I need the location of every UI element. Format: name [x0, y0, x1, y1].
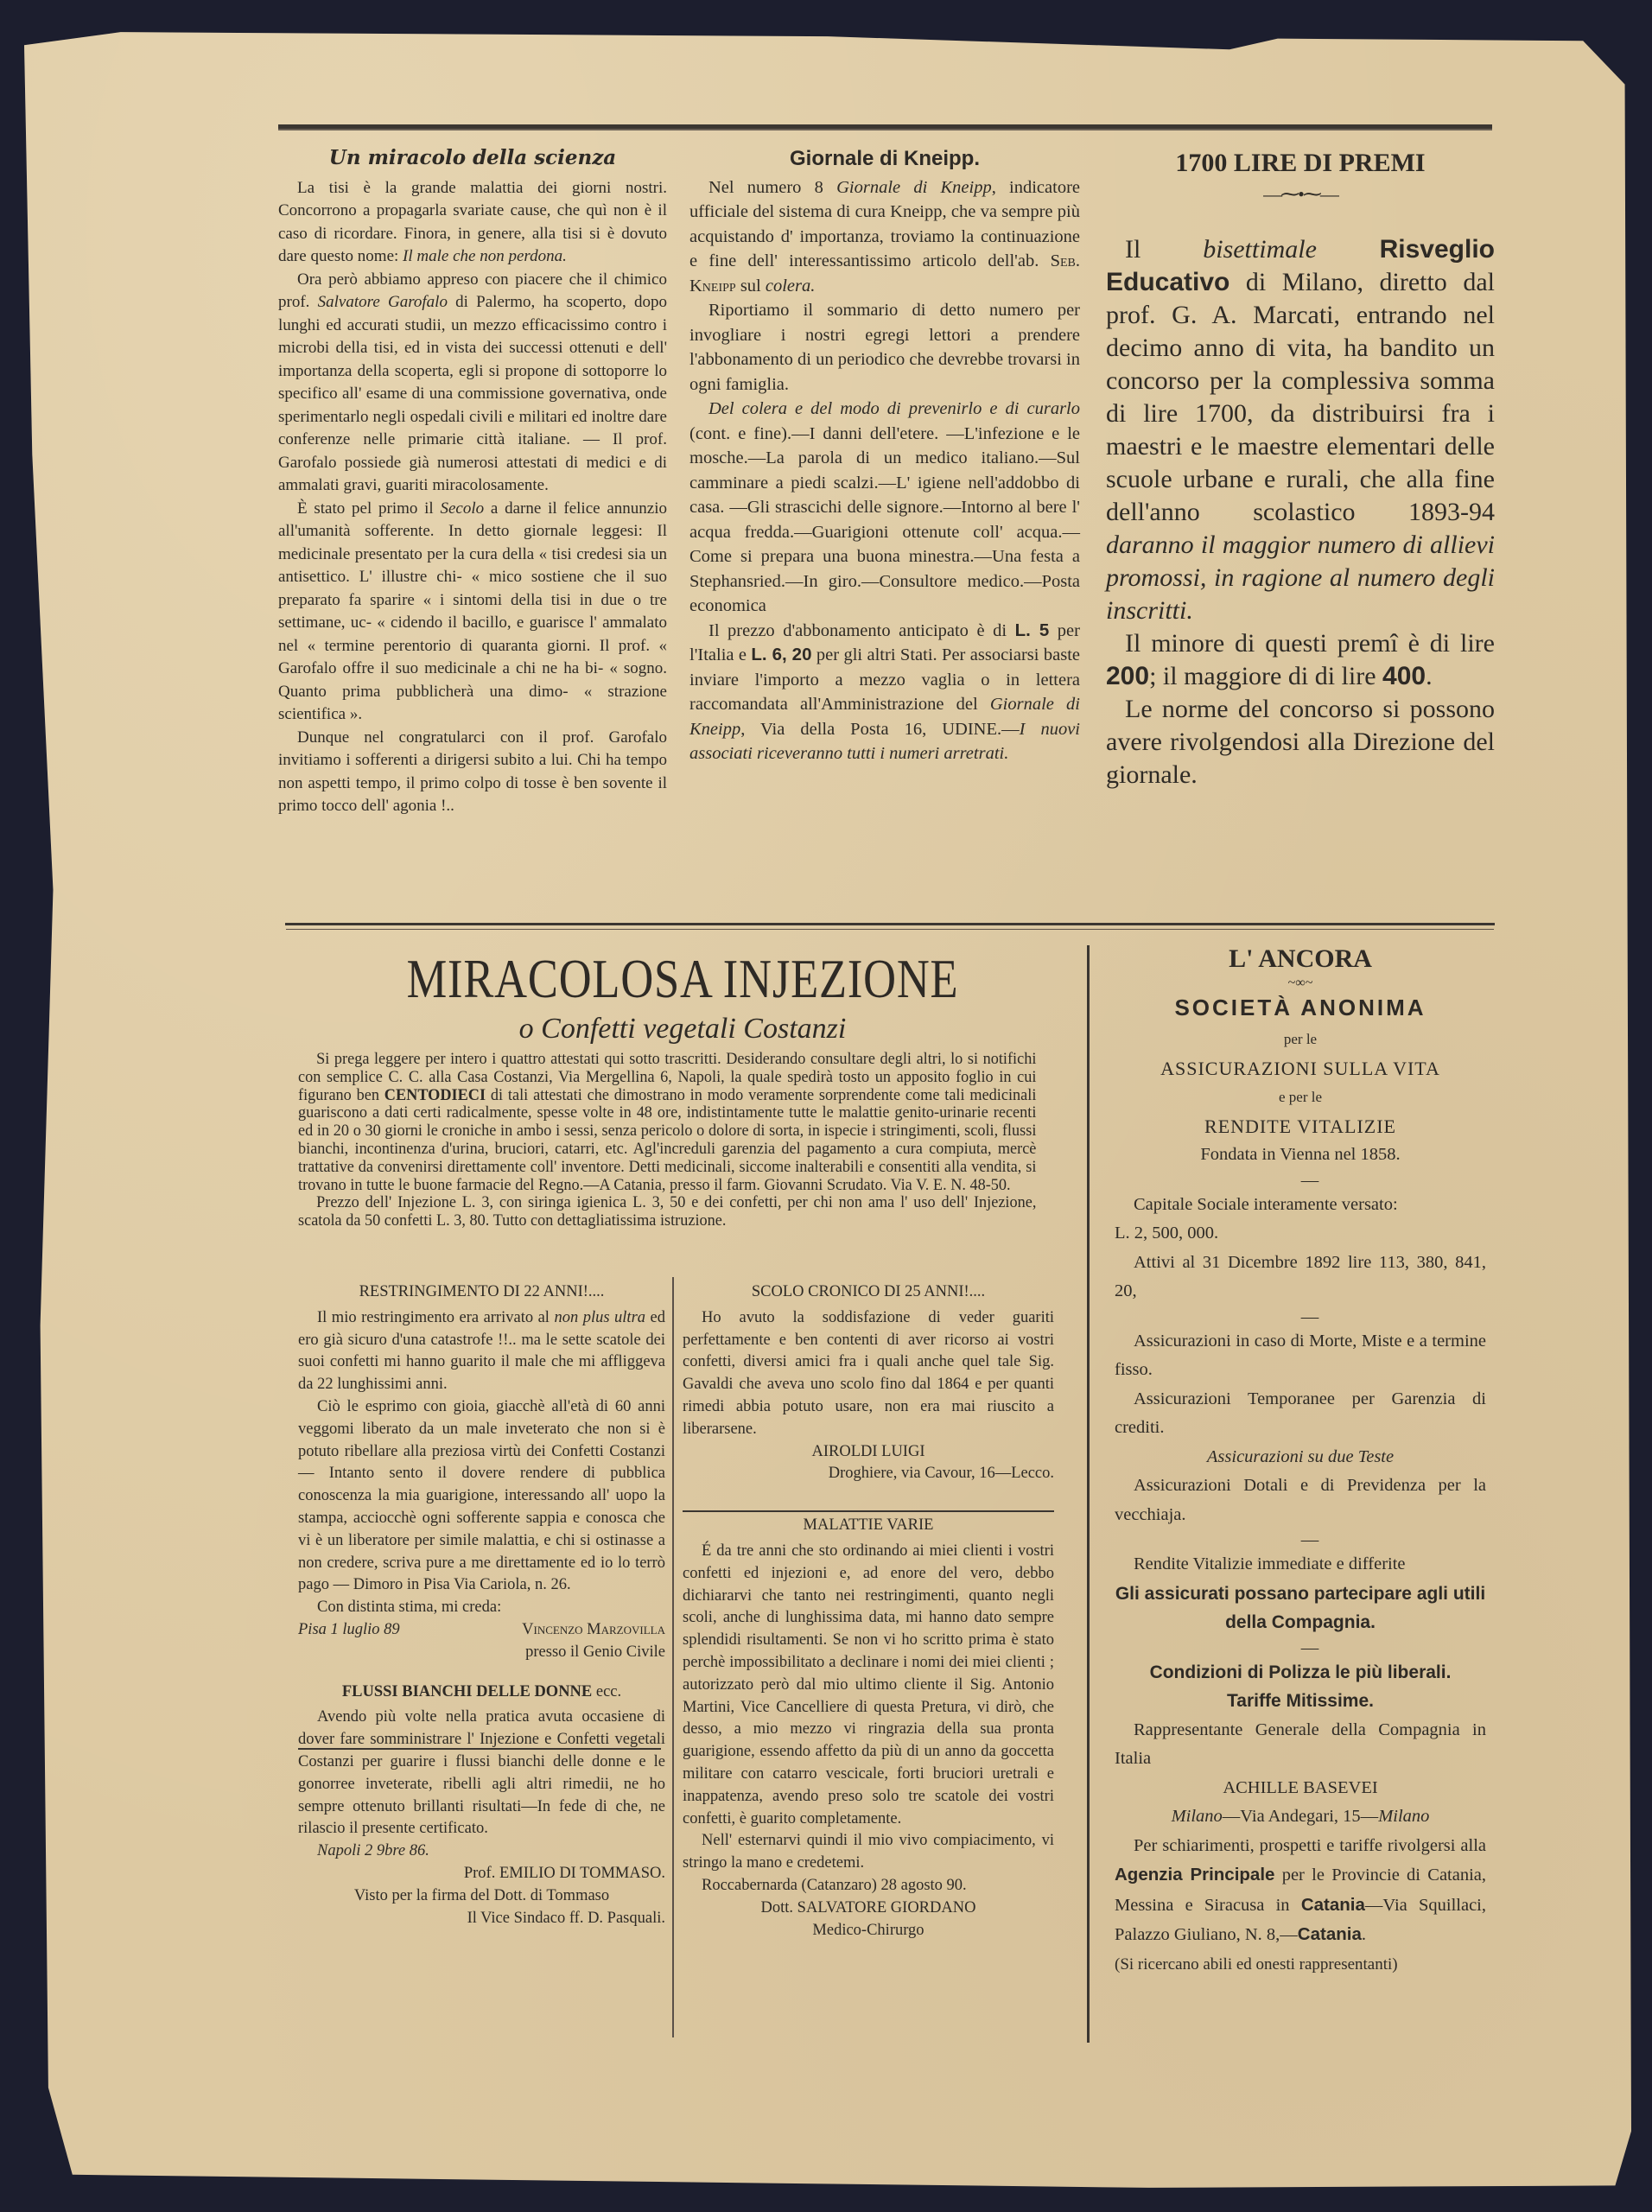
article-giornale-di-kneipp: Giornale di Kneipp. Nel numero 8 Giornal… — [689, 147, 1080, 766]
paragraph: Il minore di questi premî è di lire 200;… — [1106, 627, 1495, 693]
ad-subtitle: o Confetti vegetali Costanzi — [294, 1013, 1071, 1046]
paragraph: Dunque nel congratularci con il prof. Ga… — [278, 727, 667, 818]
company-type: SOCIETÀ ANONIMA — [1115, 990, 1486, 1025]
price-list: Prezzo dell' Injezione L. 3, con siringa… — [298, 1194, 1036, 1230]
article-title: Un miracolo della scienza — [278, 147, 667, 170]
paragraph: Del colera e del modo di prevenirlo e di… — [689, 397, 1080, 619]
paragraph: La tisi è la grande malattia dei giorni … — [278, 177, 667, 269]
testimonial-separator — [298, 1748, 661, 1750]
article-title: 1700 LIRE DI PREMI — [1106, 147, 1495, 180]
column-divider — [672, 1277, 674, 2037]
paragraph: Ora però abbiamo appreso con piacere che… — [278, 269, 667, 498]
testimonial-separator — [683, 1510, 1054, 1512]
paragraph: È stato pel primo il Secolo a darne il f… — [278, 498, 667, 727]
prize-min: 200 — [1106, 662, 1149, 690]
testimonial-heading: FLUSSI BIANCHI DELLE DONNE ecc. — [298, 1681, 665, 1704]
testimonial-heading: MALATTIE VARIE — [683, 1515, 1054, 1537]
price-abroad: L. 6, 20 — [751, 645, 811, 664]
signature-line: Pisa 1 luglio 89Vincenzo Marzovilla — [298, 1619, 665, 1642]
testimonial-heading: SCOLO CRONICO DI 25 ANNI!.... — [683, 1281, 1054, 1304]
testimonial-column-right: SCOLO CRONICO DI 25 ANNI!.... Ho avuto l… — [683, 1281, 1054, 1942]
ornament-divider-icon: —⁓•⁓— — [1106, 185, 1495, 204]
ad-intro: Si prega leggere per intero i quattro at… — [298, 1051, 1036, 1230]
ad-l-ancora: L' ANCORA ~∞~ SOCIETÀ ANONIMA per le ASS… — [1115, 942, 1486, 1979]
ad-title: MIRACOLOSA INJEZIONE — [364, 949, 1001, 1009]
testimonial-column-left: RESTRINGIMENTO DI 22 ANNI!.... Il mio re… — [298, 1281, 665, 1929]
article-1700-lire-di-premi: 1700 LIRE DI PREMI —⁓•⁓— Il bisettimale … — [1106, 147, 1495, 791]
testimonial-heading: RESTRINGIMENTO DI 22 ANNI!.... — [298, 1281, 665, 1304]
section-divider-rule — [285, 923, 1495, 925]
paragraph: Il prezzo d'abbonamento anticipato è di … — [689, 619, 1080, 766]
ad-title: L' ANCORA — [1115, 942, 1486, 976]
prize-max: 400 — [1382, 662, 1426, 690]
paragraph: Nel numero 8 Giornale di Kneipp, indicat… — [689, 175, 1080, 299]
top-double-rule — [278, 124, 1492, 130]
article-miracolo-della-scienza: Un miracolo della scienza La tisi è la g… — [278, 147, 667, 818]
article-title: Giornale di Kneipp. — [689, 147, 1080, 172]
paragraph: Riportiamo il sommario di detto numero p… — [689, 298, 1080, 397]
ad-border-rule — [1087, 945, 1090, 2043]
ornament-icon: ~∞~ — [1115, 976, 1486, 990]
price-italy: L. 5 — [1015, 620, 1050, 640]
paragraph: Il bisettimale Risveglio Educativo di Mi… — [1106, 233, 1495, 627]
paragraph: Le norme del concorso si possono avere r… — [1106, 693, 1495, 791]
